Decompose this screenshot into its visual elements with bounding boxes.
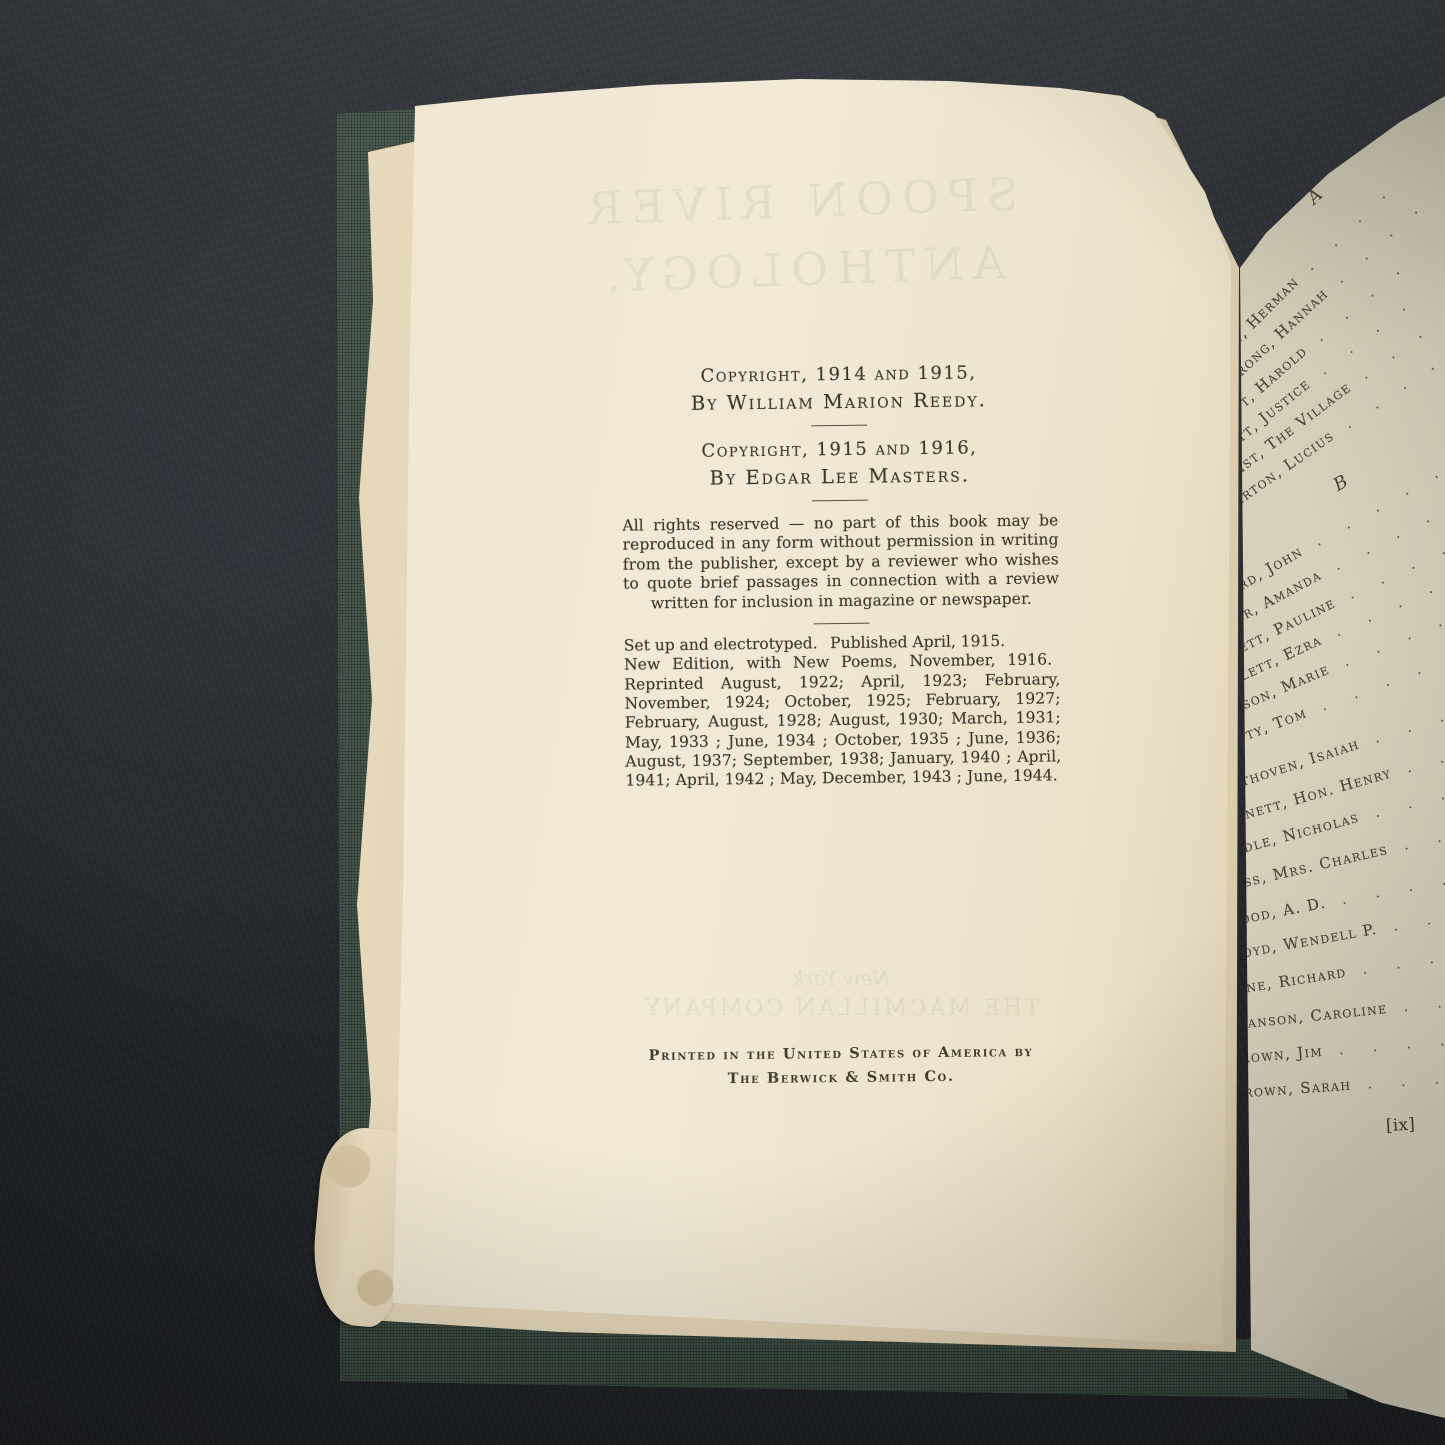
contents-entry: Brown, Jim..... <box>1228 1026 1445 1068</box>
leader-dots: ..... <box>1361 934 1445 978</box>
printer-notice: Printed in the United States of America … <box>623 1040 1059 1093</box>
divider-rule <box>814 623 870 625</box>
divider-rule <box>812 500 868 502</box>
section-label-a: A <box>1303 184 1327 208</box>
contents-entry: Beatty, Tom..... <box>1206 637 1445 757</box>
contents-title: CONTENTS <box>1256 56 1355 161</box>
leader-dots: .... <box>1367 1065 1445 1092</box>
divider-rule <box>811 425 867 427</box>
copyright-holder-1: By William Marion Reedy. <box>621 385 1057 418</box>
leader-dots: ..... <box>1338 1026 1445 1059</box>
printer-line-2: The Berwick & Smith Co. <box>623 1064 1059 1093</box>
leader-dots: .... <box>1401 806 1445 854</box>
contents-entry: Brown, Sarah.... <box>1231 1065 1445 1102</box>
ghost-mirrored-title: SPOON RIVER ANTHOLOGY. <box>553 159 1047 311</box>
leader-dots: .... <box>1391 894 1445 935</box>
section-label-b: B <box>1330 471 1352 496</box>
page-number: [ix] <box>1385 1114 1415 1135</box>
rights-paragraph: All rights reserved — no part of this bo… <box>622 511 1059 613</box>
edition-paragraph: New Edition, with New Poems, November, 1… <box>624 651 1062 791</box>
copyright-column: Copyright, 1914 and 1915, By William Mar… <box>620 358 1061 791</box>
ghost-imprint-city: New York <box>623 966 1059 990</box>
copyright-holder-2: By Edgar Lee Masters. <box>622 460 1058 493</box>
printer-line-1: Printed in the United States of America … <box>623 1040 1059 1069</box>
ghost-imprint-publisher: THE MACMILLAN COMPANY <box>623 996 1059 1021</box>
leader-dots: ..... <box>1340 858 1445 908</box>
ghost-mirrored-imprint: New York THE MACMILLAN COMPANY <box>623 966 1059 1021</box>
book-photo-scene: SPOON RIVER ANTHOLOGY. Copyright, 1914 a… <box>0 0 1445 1445</box>
leader-dots: .... <box>1402 983 1445 1015</box>
leader-dots: .... <box>1371 688 1445 747</box>
